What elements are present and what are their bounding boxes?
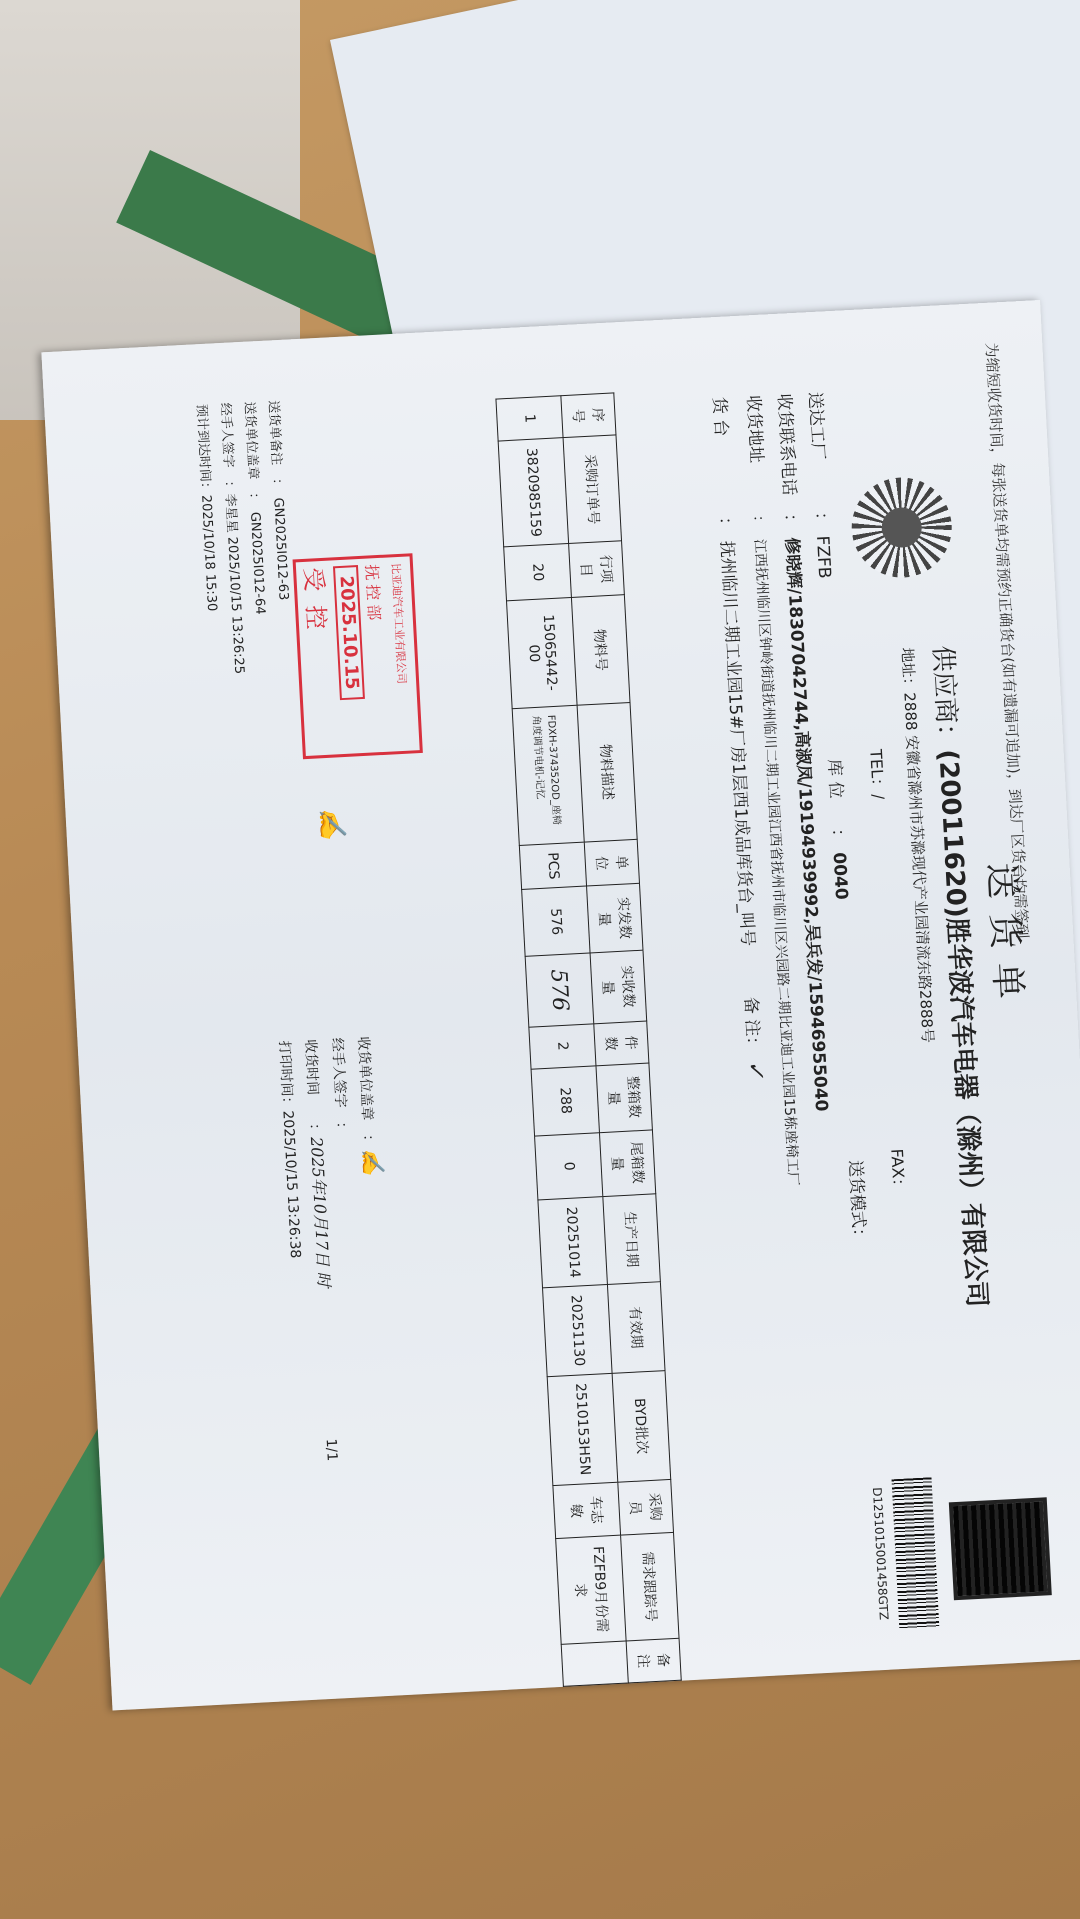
table-cell: PCS bbox=[519, 842, 586, 890]
print-label: 打印时间 bbox=[276, 1040, 295, 1097]
plant-label: 送达工厂 bbox=[799, 391, 836, 512]
column-header: 实发数量 bbox=[587, 884, 643, 954]
column-header: 采购订单号 bbox=[563, 435, 621, 544]
table-cell bbox=[561, 1641, 628, 1687]
handler-label: 经手人签字 bbox=[217, 402, 235, 468]
table-cell: 288 bbox=[531, 1065, 599, 1135]
column-header: 物料描述 bbox=[577, 702, 637, 842]
table-cell: 2510153H5N bbox=[547, 1373, 618, 1486]
remark-label: 备 注 bbox=[740, 996, 762, 1036]
address-label: 收货地址 bbox=[737, 394, 774, 515]
plant-value: FZFB bbox=[812, 535, 834, 579]
seal-label: 送货单位盖章 bbox=[241, 401, 260, 480]
eta-label: 预计到达时间 bbox=[193, 404, 212, 483]
qr-code-icon bbox=[953, 1501, 1048, 1596]
warehouse-label: 库 位 bbox=[824, 759, 846, 799]
supplier-label: 供应商： bbox=[927, 645, 962, 750]
contact-label: 收货联系电话 bbox=[768, 393, 805, 514]
receiver-footer: 收货单位盖章 ：✍ 经手人签字 ： 收货时间 ：2025年10月17日 时 打印… bbox=[271, 1036, 391, 1290]
table-cell: 0 bbox=[535, 1132, 603, 1200]
remark-signature: ✓ bbox=[742, 1060, 768, 1080]
table-cell: 20 bbox=[504, 544, 572, 601]
mode-label: 送货模式 bbox=[845, 1160, 869, 1229]
column-header: 物料号 bbox=[571, 595, 630, 705]
supplier-fax: FAX： bbox=[886, 1148, 911, 1195]
sender-footer: 送货单备注 ： GN2025I012-63 送货单位盖章 ： GN2025I01… bbox=[188, 400, 298, 676]
notice-text: 为缩短收货时间，每张送货单均需预约正确货台(如有遗漏可追加)，到达厂区货台均需签… bbox=[981, 342, 1049, 1242]
barcode-icon bbox=[892, 1477, 940, 1629]
receiver-signature: ✍ bbox=[358, 1148, 384, 1177]
column-header: 备注 bbox=[626, 1638, 681, 1683]
mini-program-qr-icon bbox=[849, 475, 954, 580]
column-header: 单位 bbox=[584, 839, 639, 887]
note-label: 送货单备注 bbox=[265, 400, 283, 466]
dock-label: 货 台 bbox=[703, 396, 740, 517]
recv-time-label: 收货时间 bbox=[302, 1039, 321, 1096]
table-cell: FZFB9月份需求 bbox=[556, 1535, 626, 1644]
table-cell: 1 bbox=[496, 396, 563, 441]
column-header: 有效期 bbox=[607, 1282, 665, 1373]
document-title: 送货单 bbox=[978, 861, 1037, 1013]
column-header: 整箱数量 bbox=[596, 1063, 652, 1133]
table-cell: 20251130 bbox=[543, 1285, 613, 1377]
table-cell: 15065442-00 bbox=[507, 598, 578, 709]
table-cell: FDXH-374352OD_座椅角度调节电机-记忆 bbox=[512, 705, 584, 845]
seal-value: GN2025I012-64 bbox=[247, 512, 267, 615]
table-cell: 20251014 bbox=[538, 1197, 608, 1289]
table-cell: 车志敏 bbox=[553, 1482, 621, 1539]
column-header: 序号 bbox=[561, 393, 616, 438]
print-value: 2025/10/15 13:26:38 bbox=[279, 1110, 303, 1259]
delivery-note: 为缩短收货时间，每张送货单均需预约正确货台(如有遗漏可追加)，到达厂区货台均需签… bbox=[41, 300, 1080, 1710]
items-table: 序号采购订单号行项目物料号物料描述单位实发数量实收数量件数整箱数量尾箱数量生产日… bbox=[495, 392, 681, 1686]
controlled-stamp: 比亚迪汽车工业有限公司 抚控部 2025.10.15 受控 bbox=[293, 553, 423, 759]
note-value: GN2025I012-63 bbox=[270, 497, 290, 600]
column-header: 行项目 bbox=[569, 541, 625, 598]
warehouse-value: 0040 bbox=[829, 852, 851, 900]
sender-signature: ✍ bbox=[316, 807, 348, 841]
recv-time-value: 2025年10月17日 时 bbox=[307, 1137, 334, 1288]
recv-seal-label: 收货单位盖章 bbox=[355, 1036, 375, 1121]
eta-value: 2025/10/18 15:30 bbox=[198, 495, 219, 612]
table-cell: 576 bbox=[525, 953, 594, 1026]
supplier-name: (20011620)胜华波汽车电器（滁州）有限公司 bbox=[932, 749, 991, 1308]
document-number: D1251015001458GTZ bbox=[870, 1487, 891, 1620]
column-header: 尾箱数量 bbox=[599, 1130, 655, 1197]
table-cell: 2 bbox=[529, 1023, 596, 1068]
column-header: 件数 bbox=[594, 1021, 649, 1066]
delivery-fields: 送达工厂：FZFB 库 位：0040 送货模式： 收货联系电话：修晓辉/1830… bbox=[703, 391, 875, 1258]
column-header: 需求跟踪号 bbox=[621, 1532, 679, 1640]
table-cell: 576 bbox=[522, 887, 590, 957]
column-header: 采购员 bbox=[618, 1479, 674, 1535]
recv-handler-label: 经手人签字 bbox=[329, 1037, 349, 1108]
page-number: 1/1 bbox=[323, 1438, 340, 1461]
supplier-tel: TEL：/ bbox=[865, 749, 891, 800]
column-header: 生产日期 bbox=[603, 1194, 661, 1285]
table-cell: 3820985159 bbox=[498, 438, 568, 547]
column-header: BYD批次 bbox=[612, 1370, 671, 1482]
column-header: 实收数量 bbox=[590, 951, 647, 1024]
